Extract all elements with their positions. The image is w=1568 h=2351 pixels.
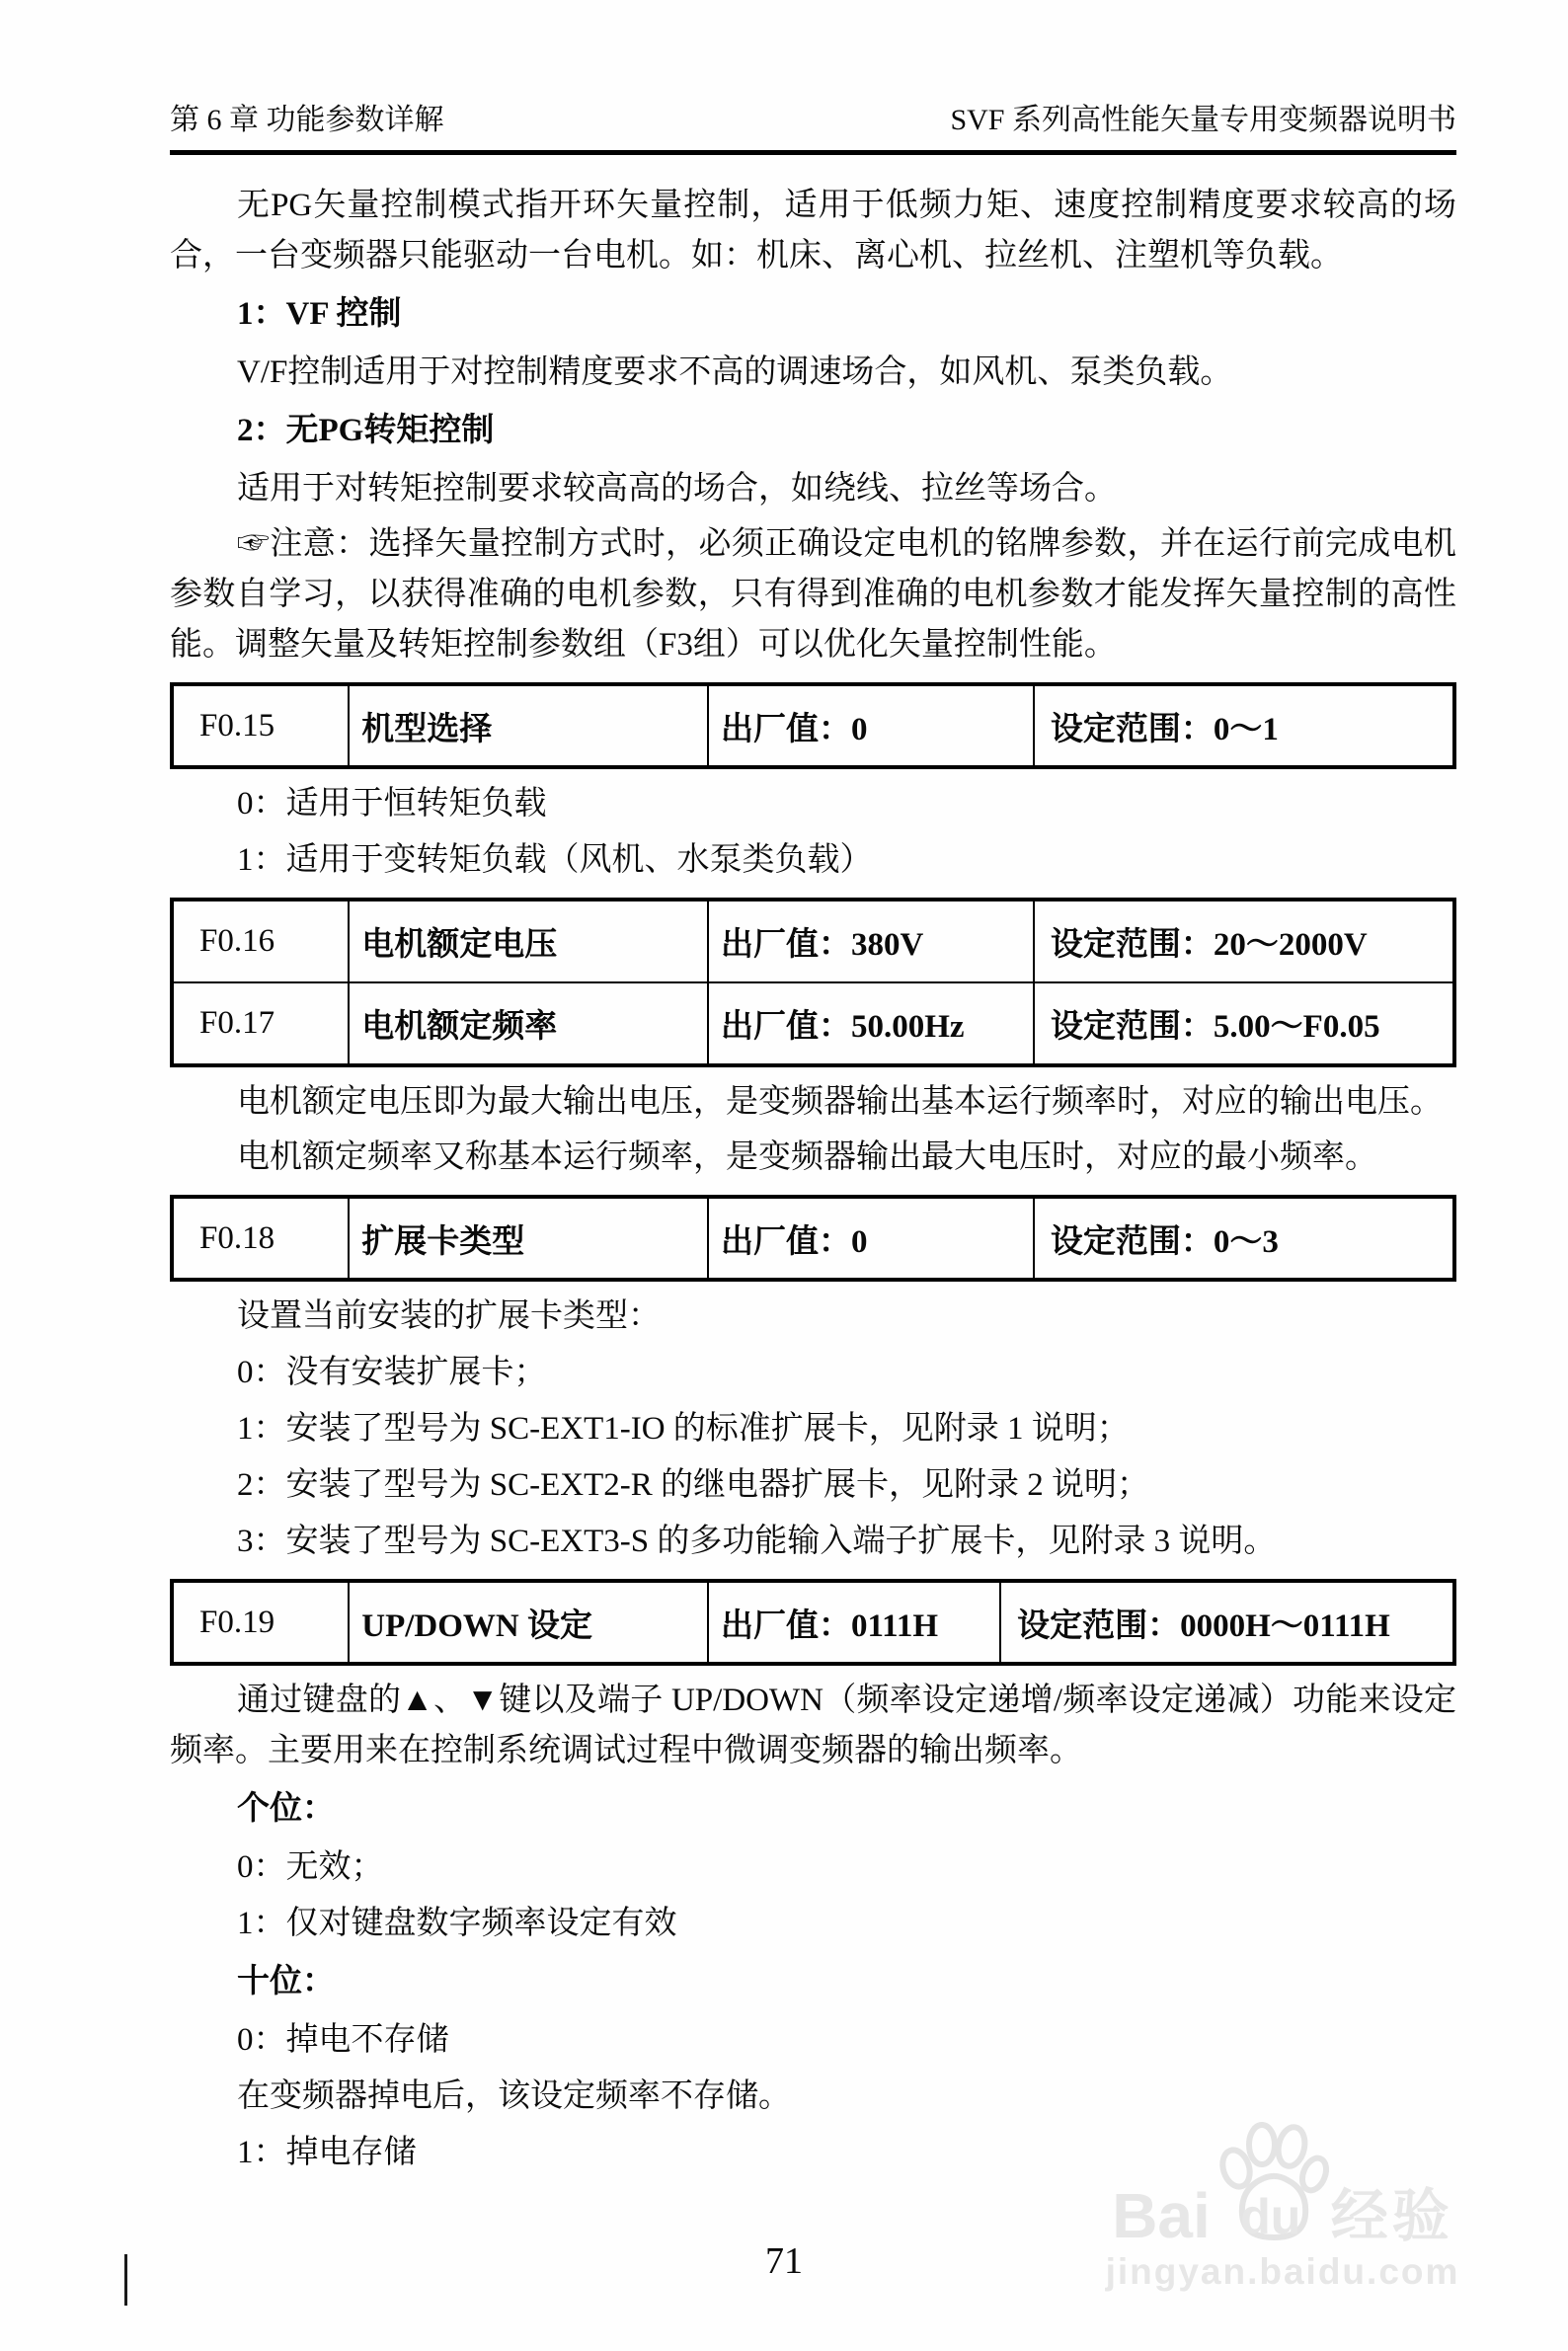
header-chapter-title: 第 6 章 功能参数详解 xyxy=(170,95,444,138)
paragraph-expansion-card-intro: 设置当前安装的扩展卡类型： xyxy=(170,1292,1456,1342)
param-code-cell: F0.17 xyxy=(172,982,349,1065)
heading-no-pg-torque-control: 2：无PG转矩控制 xyxy=(170,406,1456,456)
watermark-paw-wrap: du xyxy=(1213,2121,1329,2247)
option-f018-2: 2：安装了型号为 SC-EXT2-R 的继电器扩展卡，见附录 2 说明； xyxy=(170,1460,1456,1511)
option-ones-1: 1：仅对键盘数字频率设定有效 xyxy=(170,1899,1456,1949)
param-default-cell: 出厂值：0 xyxy=(708,1197,1034,1280)
param-name-cell: 电机额定电压 xyxy=(349,900,708,982)
watermark-du-text: du xyxy=(1240,2192,1300,2241)
option-f018-1: 1：安装了型号为 SC-EXT1-IO 的标准扩展卡，见附录 1 说明； xyxy=(170,1404,1456,1454)
heading-vf-control: 1：VF 控制 xyxy=(170,289,1456,340)
table-row: F0.15 机型选择 出厂值：0 设定范围：0～1 xyxy=(172,684,1454,767)
param-code-cell: F0.18 xyxy=(172,1197,349,1280)
param-range-cell: 设定范围：5.00～F0.05 xyxy=(1034,982,1454,1065)
paragraph-rated-frequency-desc: 电机额定频率又称基本运行频率，是变频器输出最大电压时，对应的最小频率。 xyxy=(170,1133,1456,1183)
header-manual-title: SVF 系列高性能矢量专用变频器说明书 xyxy=(950,95,1456,138)
param-code-cell: F0.16 xyxy=(172,900,349,982)
param-table-f016-f017: F0.16 电机额定电压 出厂值：380V 设定范围：20～2000V F0.1… xyxy=(170,898,1456,1067)
param-name-cell: 电机额定频率 xyxy=(349,982,708,1065)
option-f015-0: 0：适用于恒转矩负载 xyxy=(170,779,1456,829)
watermark-jingyan-text: 经验 xyxy=(1331,2186,1453,2247)
watermark-bai-text: Bai xyxy=(1112,2184,1211,2247)
option-f018-0: 0：没有安装扩展卡； xyxy=(170,1348,1456,1398)
paragraph-vf-control: V/F控制适用于对控制精度要求不高的调速场合，如风机、泵类负载。 xyxy=(170,348,1456,398)
param-range-cell: 设定范围：20～2000V xyxy=(1034,900,1454,982)
param-default-cell: 出厂值：50.00Hz xyxy=(708,982,1034,1065)
param-default-cell: 出厂值：0 xyxy=(708,684,1034,767)
paragraph-note: ☞注意：选择矢量控制方式时，必须正确设定电机的铭牌参数，并在运行前完成电机参数自… xyxy=(170,519,1456,670)
heading-tens-digit: 十位： xyxy=(170,1957,1456,2007)
option-f015-1: 1：适用于变转矩负载（风机、水泵类负载） xyxy=(170,835,1456,886)
table-row: F0.18 扩展卡类型 出厂值：0 设定范围：0～3 xyxy=(172,1197,1454,1280)
baidu-jingyan-watermark: Bai du 经验 jingyan.baidu.com xyxy=(1060,2121,1505,2293)
manual-page: 第 6 章 功能参数详解 SVF 系列高性能矢量专用变频器说明书 无PG矢量控制… xyxy=(0,0,1568,2351)
param-name-cell: UP/DOWN 设定 xyxy=(349,1581,708,1664)
param-default-cell: 出厂值：380V xyxy=(708,900,1034,982)
param-range-cell: 设定范围：0～3 xyxy=(1034,1197,1454,1280)
table-row: F0.16 电机额定电压 出厂值：380V 设定范围：20～2000V xyxy=(172,900,1454,982)
option-f018-3: 3：安装了型号为 SC-EXT3-S 的多功能输入端子扩展卡，见附录 3 说明。 xyxy=(170,1517,1456,1567)
param-range-cell: 设定范围：0～1 xyxy=(1034,684,1454,767)
table-row: F0.19 UP/DOWN 设定 出厂值：0111H 设定范围：0000H～01… xyxy=(172,1581,1454,1664)
param-name-cell: 机型选择 xyxy=(349,684,708,767)
param-table-f018: F0.18 扩展卡类型 出厂值：0 设定范围：0～3 xyxy=(170,1195,1456,1282)
option-ones-0: 0：无效； xyxy=(170,1842,1456,1893)
param-name-cell: 扩展卡类型 xyxy=(349,1197,708,1280)
paragraph-updown-desc: 通过键盘的▲、▼键以及端子 UP/DOWN（频率设定递增/频率设定递减）功能来设… xyxy=(170,1676,1456,1776)
heading-ones-digit: 个位： xyxy=(170,1784,1456,1835)
param-default-cell: 出厂值：0111H xyxy=(708,1581,1000,1664)
param-table-f019: F0.19 UP/DOWN 设定 出厂值：0111H 设定范围：0000H～01… xyxy=(170,1579,1456,1666)
watermark-logo-row: Bai du 经验 xyxy=(1060,2121,1505,2247)
param-range-cell: 设定范围：0000H～0111H xyxy=(1000,1581,1454,1664)
param-code-cell: F0.19 xyxy=(172,1581,349,1664)
option-tens-0: 0：掉电不存储 xyxy=(170,2015,1456,2066)
paragraph-rated-voltage-desc: 电机额定电压即为最大输出电压，是变频器输出基本运行频率时，对应的输出电压。 xyxy=(170,1077,1456,1128)
paragraph-torque-control: 适用于对转矩控制要求较高高的场合，如绕线、拉丝等场合。 xyxy=(170,464,1456,514)
table-row: F0.17 电机额定频率 出厂值：50.00Hz 设定范围：5.00～F0.05 xyxy=(172,982,1454,1065)
scan-artifact-tick xyxy=(124,2254,127,2306)
paragraph-tens-note: 在变频器掉电后，该设定频率不存储。 xyxy=(170,2072,1456,2122)
page-header: 第 6 章 功能参数详解 SVF 系列高性能矢量专用变频器说明书 xyxy=(170,95,1456,155)
page-number: 71 xyxy=(765,2239,803,2283)
paragraph-vector-control-intro: 无PG矢量控制模式指开环矢量控制，适用于低频力矩、速度控制精度要求较高的场合，一… xyxy=(170,181,1456,281)
param-code-cell: F0.15 xyxy=(172,684,349,767)
param-table-f015: F0.15 机型选择 出厂值：0 设定范围：0～1 xyxy=(170,682,1456,769)
watermark-url: jingyan.baidu.com xyxy=(1060,2251,1505,2293)
